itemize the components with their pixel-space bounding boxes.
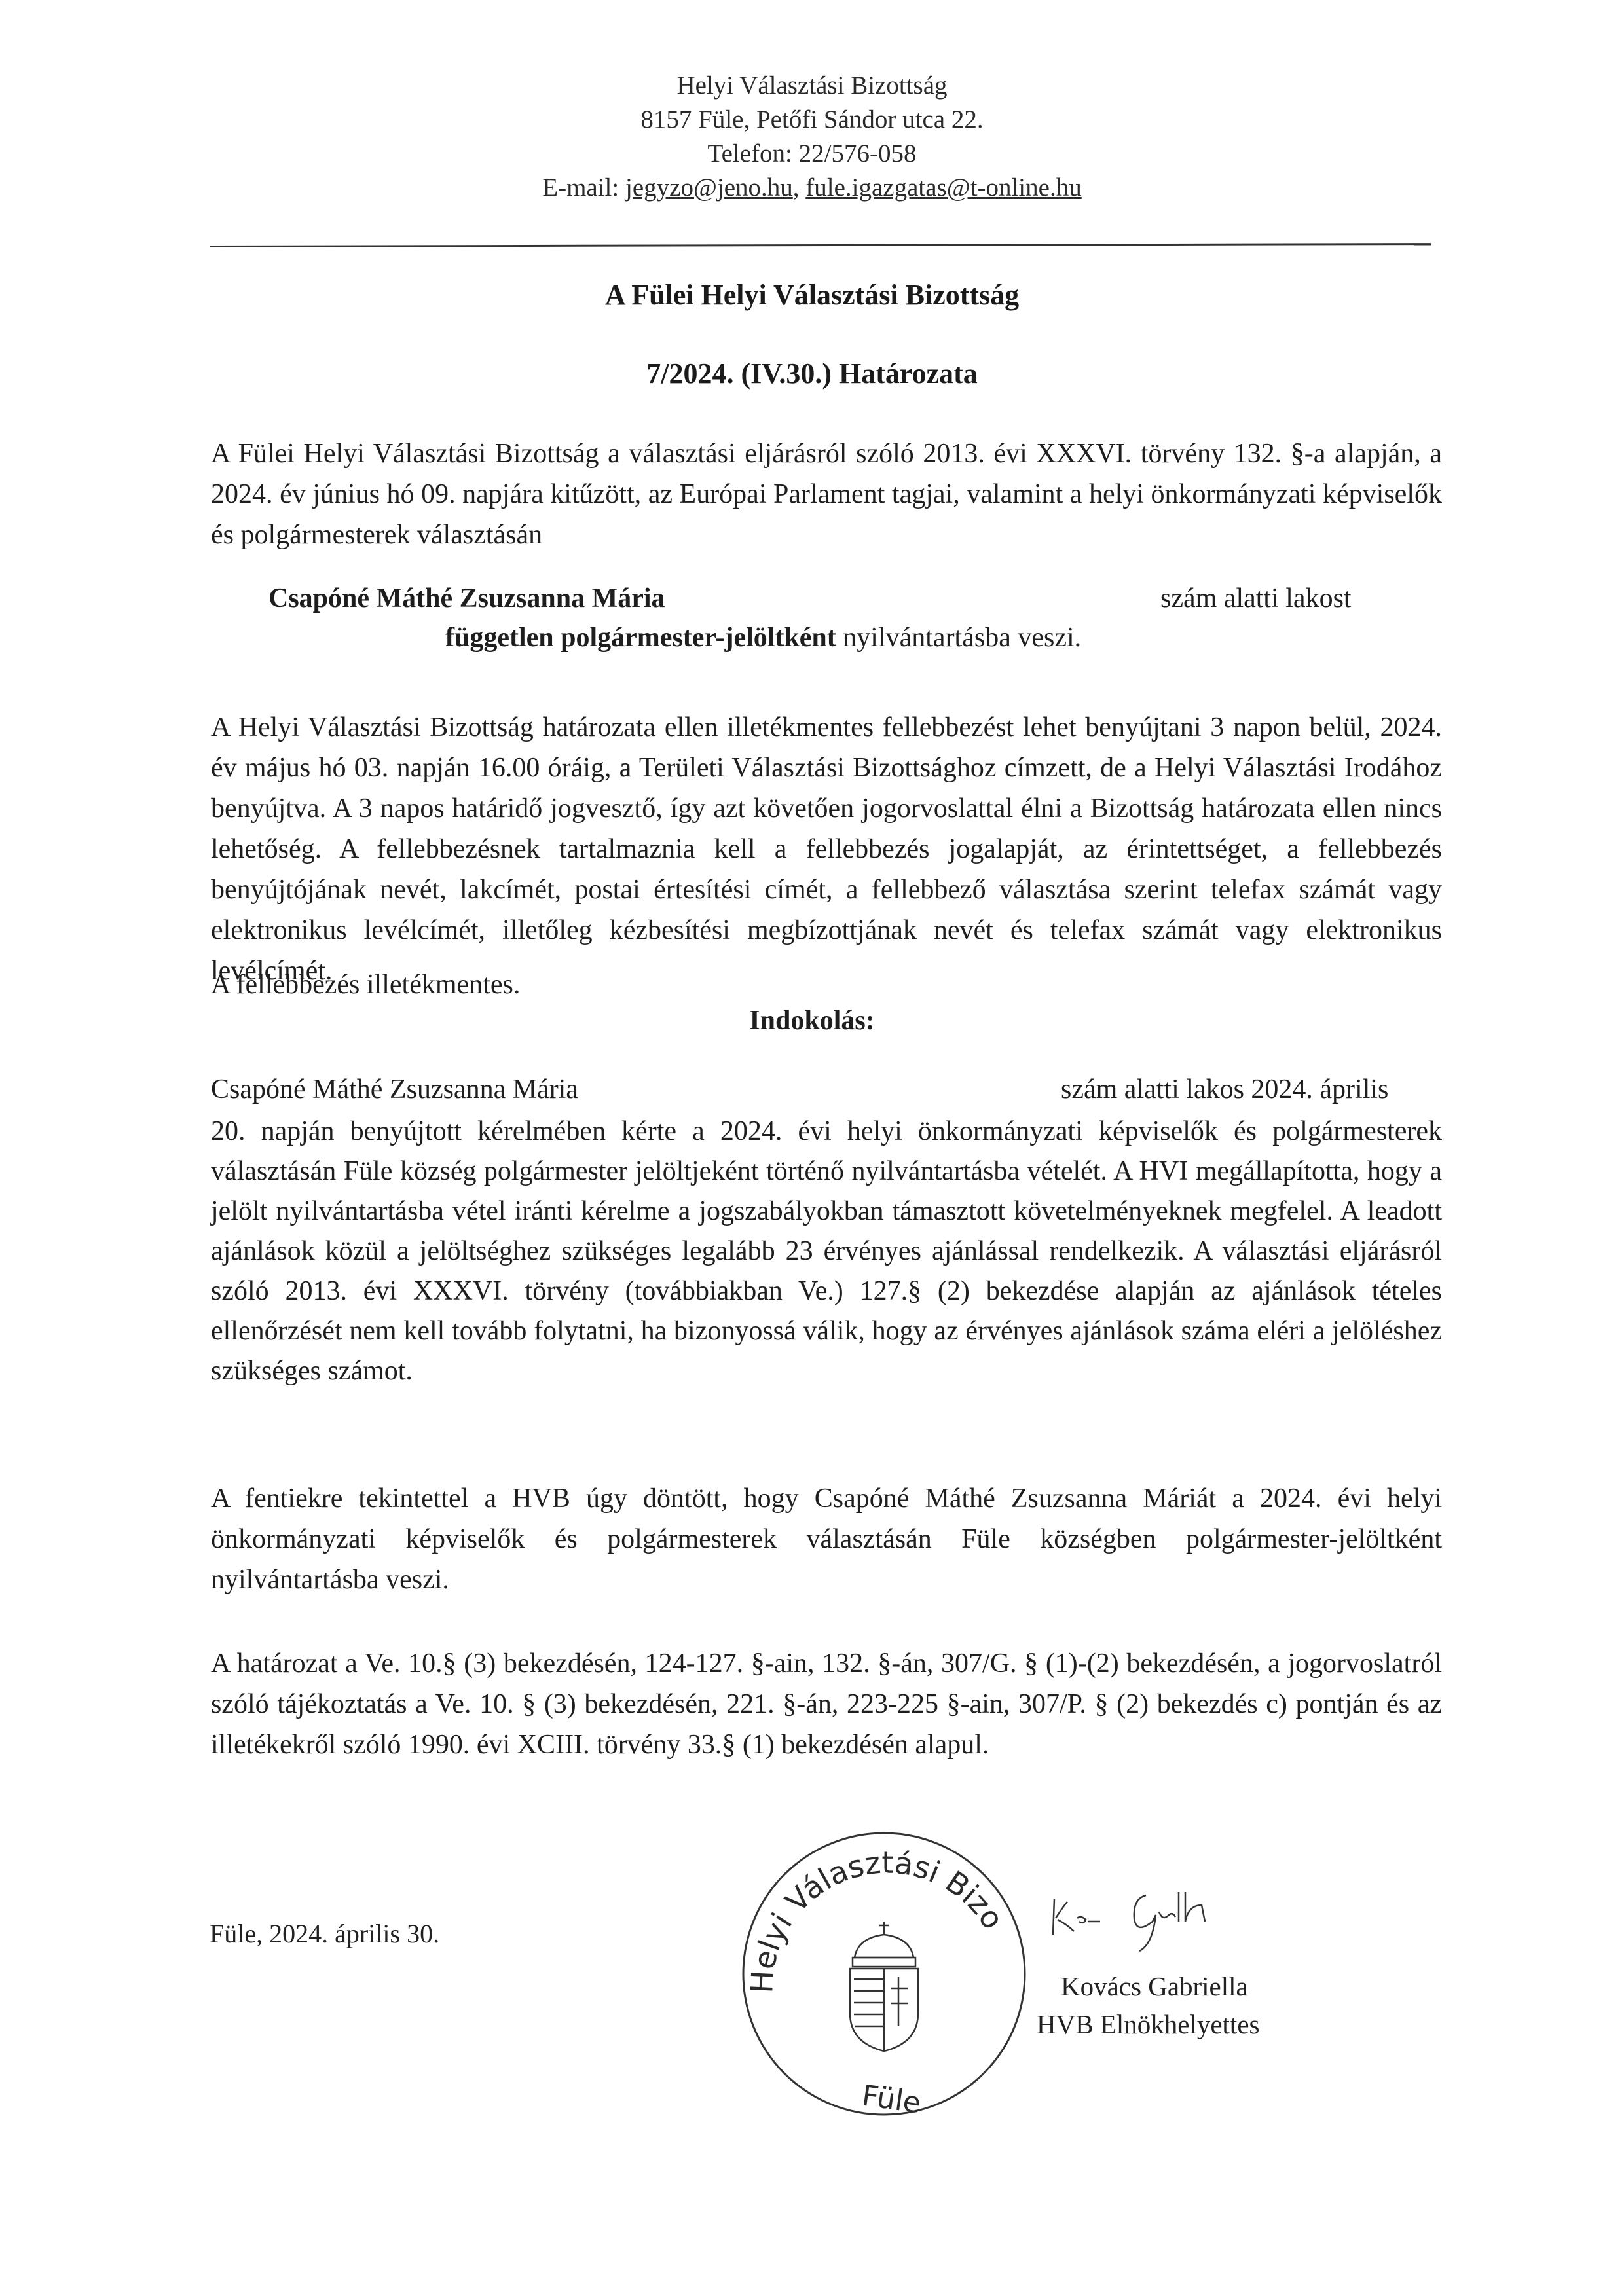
intro-paragraph: A Fülei Helyi Választási Bizottság a vál… [211,433,1442,555]
appeal-paragraph: A Helyi Választási Bizottság határozata … [211,707,1442,991]
signatory-title: HVB Elnökhelyettes [1037,2009,1259,2040]
reasoning-candidate-name: Csapóné Máthé Zsuzsanna Mária [211,1074,578,1105]
signature-icon [1048,1886,1257,1958]
official-stamp-icon: Helyi Választási Bizottság Füle [727,1817,1041,2131]
candidate-address-suffix: szám alatti lakost [1160,583,1352,614]
document-heading: A Fülei Helyi Választási Bizottság [0,278,1624,312]
place-and-date: Füle, 2024. április 30. [210,1918,439,1949]
org-email: E-mail: jegyzo@jeno.hu, fule.igazgatas@t… [0,171,1624,205]
org-phone: Telefon: 22/576-058 [0,137,1624,171]
document-page: Helyi Választási Bizottság 8157 Füle, Pe… [0,0,1624,2296]
appeal-fee: A fellebbezés illetékmentes. [211,964,1442,1005]
reasoning-body: 20. napján benyújtott kérelmében kérte a… [211,1112,1442,1391]
reasoning-first-line-suffix: szám alatti lakos 2024. április [1061,1074,1388,1105]
signatory-name: Kovács Gabriella [1061,1971,1248,2002]
header-divider [210,243,1431,247]
letterhead: Helyi Választási Bizottság 8157 Füle, Pe… [0,69,1624,205]
email-separator: , [793,173,806,202]
candidate-name: Csapóné Máthé Zsuzsanna Mária [268,583,665,614]
reasoning-conclusion: A fentiekre tekintettel a HVB úgy döntöt… [211,1478,1442,1600]
email-link-1[interactable]: jegyzo@jeno.hu [625,173,793,202]
email-link-2[interactable]: fule.igazgatas@t-online.hu [805,173,1081,202]
coat-of-arms-icon [850,1922,918,2051]
legal-basis: A határozat a Ve. 10.§ (3) bekezdésén, 1… [211,1643,1442,1765]
email-label: E-mail: [542,173,625,202]
reasoning-heading: Indokolás: [0,1005,1624,1036]
decision-status-bold: független polgármester-jelöltként [445,623,836,653]
decision-status-rest: nyilvántartásba veszi. [836,623,1081,653]
org-address: 8157 Füle, Petőfi Sándor utca 22. [0,103,1624,137]
resolution-number: 7/2024. (IV.30.) Határozata [0,357,1624,390]
org-name: Helyi Választási Bizottság [0,69,1624,103]
decision-status: független polgármester-jelöltként nyilvá… [445,622,1081,653]
